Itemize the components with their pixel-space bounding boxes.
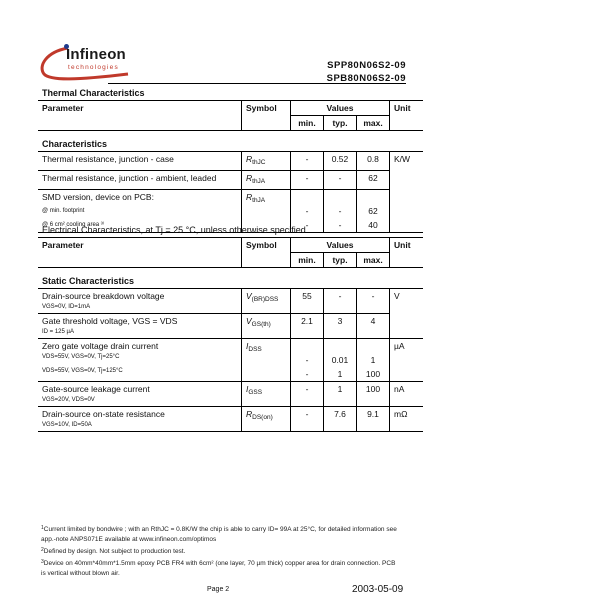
table-cell: 62 bbox=[357, 171, 390, 190]
table-cell bbox=[390, 218, 424, 233]
col-parameter: Parameter bbox=[38, 101, 242, 131]
table-cell: RDS(on) bbox=[242, 407, 291, 432]
table-row: SMD version, device on PCB: RthJA bbox=[38, 190, 423, 205]
table-row: Drain-source on-state resistance RDS(on)… bbox=[38, 407, 423, 422]
table-cell: Unit bbox=[390, 238, 424, 268]
footnotes: 1Current limited by bondwire ; with an R… bbox=[41, 523, 401, 579]
table-row: Gate threshold voltage, VGS = VDS VGS(th… bbox=[38, 314, 423, 329]
table-cell: - bbox=[324, 289, 357, 314]
table-cell: - bbox=[324, 204, 357, 218]
footnote-2: 2Defined by design. Not subject to produ… bbox=[41, 545, 401, 557]
table-cell: Thermal resistance, junction - ambient, … bbox=[38, 171, 242, 190]
footnote-1: 1Current limited by bondwire ; with an R… bbox=[41, 523, 401, 545]
text-span: DS(on) bbox=[252, 414, 273, 421]
thermal-title: Thermal Characteristics bbox=[42, 88, 145, 98]
table-cell: V bbox=[390, 289, 424, 339]
table-cell: 1 bbox=[324, 382, 357, 407]
text-span: GSS bbox=[248, 389, 262, 396]
table-cell: 100 bbox=[357, 367, 390, 382]
table-cell bbox=[324, 339, 357, 354]
col-unit: Unit bbox=[390, 101, 424, 131]
table-cell: IDSS bbox=[242, 339, 291, 382]
table-row: @ min. footprint - - 62 bbox=[38, 204, 423, 218]
table-cell: Parameter bbox=[38, 238, 242, 268]
table-cell: VGS=10V, ID=50A bbox=[38, 421, 242, 432]
table-cell: 9.1 bbox=[357, 407, 390, 432]
table-cell: nA bbox=[390, 382, 424, 407]
table-row: Gate-source leakage current IGSS - 1 100… bbox=[38, 382, 423, 397]
table-cell: typ. bbox=[324, 253, 357, 268]
table-cell: min. bbox=[291, 253, 324, 268]
col-typ: typ. bbox=[324, 116, 357, 131]
table-cell: VGS=20V, VDS=0V bbox=[38, 396, 242, 407]
table-row: Thermal resistance, junction - case RthJ… bbox=[38, 152, 423, 171]
table-cell: - bbox=[324, 218, 357, 233]
table-cell: SMD version, device on PCB: bbox=[38, 190, 242, 205]
logo-subtitle: technologies bbox=[68, 64, 119, 71]
text-span: (BR)DSS bbox=[252, 296, 279, 303]
table-cell: IGSS bbox=[242, 382, 291, 407]
table-cell: V(BR)DSS bbox=[242, 289, 291, 314]
table-cell bbox=[291, 339, 324, 354]
table-cell: Gate threshold voltage, VGS = VDS bbox=[38, 314, 242, 329]
header-divider bbox=[108, 83, 406, 84]
table-cell: 7.6 bbox=[324, 407, 357, 432]
electrical-group: Static Characteristics bbox=[38, 274, 423, 289]
table-cell: 62 bbox=[357, 204, 390, 218]
text-span: thJC bbox=[252, 159, 265, 166]
part-number-1: SPP80N06S2-09 bbox=[327, 59, 406, 72]
table-row: Thermal resistance, junction - ambient, … bbox=[38, 171, 423, 190]
page-number: Page 2 bbox=[207, 586, 229, 593]
table-cell: 100 bbox=[357, 382, 390, 407]
table-cell: K/W bbox=[390, 152, 424, 219]
part-numbers: SPP80N06S2-09 SPB80N06S2-09 bbox=[327, 59, 406, 85]
table-cell: 4 bbox=[357, 314, 390, 339]
table-row: Zero gate voltage drain current IDSS µA bbox=[38, 339, 423, 354]
logo-name: Infineon bbox=[66, 46, 126, 63]
infineon-logo: Infineon technologies bbox=[38, 44, 138, 84]
table-cell bbox=[324, 190, 357, 205]
table-cell: Drain-source breakdown voltage bbox=[38, 289, 242, 304]
table-cell: - bbox=[291, 367, 324, 382]
table-cell: Zero gate voltage drain current bbox=[38, 339, 242, 354]
table-cell: 2.1 bbox=[291, 314, 324, 339]
table-cell: RthJC bbox=[242, 152, 291, 171]
text-span: thJA bbox=[252, 178, 265, 185]
table-cell: - bbox=[324, 171, 357, 190]
text-span: GS(th) bbox=[252, 321, 271, 328]
text-span: Current limited by bondwire ; with an Rt… bbox=[41, 526, 397, 543]
table-cell: µA bbox=[390, 339, 424, 382]
table-cell: - bbox=[291, 353, 324, 367]
table-cell bbox=[357, 339, 390, 354]
table-cell: - bbox=[291, 407, 324, 432]
table-cell: 40 bbox=[357, 218, 390, 233]
table-cell: Values bbox=[291, 238, 390, 253]
electrical-table: Parameter Symbol Values Unit min. typ. m… bbox=[38, 237, 423, 432]
document-date: 2003-05-09 bbox=[352, 584, 403, 595]
table-cell: mΩ bbox=[390, 407, 424, 432]
table-cell: Symbol bbox=[242, 238, 291, 268]
text-span: Defined by design. Not subject to produc… bbox=[44, 548, 186, 555]
table-cell: @ min. footprint bbox=[38, 204, 242, 218]
table-cell: - bbox=[291, 204, 324, 218]
table-row: Drain-source breakdown voltage V(BR)DSS … bbox=[38, 289, 423, 304]
table-cell: 1 bbox=[324, 367, 357, 382]
thermal-group: Characteristics bbox=[38, 137, 423, 152]
table-cell: - bbox=[357, 289, 390, 314]
table-cell: Thermal resistance, junction - case bbox=[38, 152, 242, 171]
text-span: Device on 40mm*40mm*1.5mm epoxy PCB FR4 … bbox=[41, 560, 395, 577]
table-cell: 0.8 bbox=[357, 152, 390, 171]
table-cell: 3 bbox=[324, 314, 357, 339]
table-cell: - bbox=[291, 152, 324, 171]
table-cell: 0.01 bbox=[324, 353, 357, 367]
footnote-3: 3Device on 40mm*40mm*1.5mm epoxy PCB FR4… bbox=[41, 557, 401, 579]
col-values: Values bbox=[291, 101, 390, 116]
table-cell: 0.52 bbox=[324, 152, 357, 171]
electrical-title: Electrical Characteristics, at Tj = 25 °… bbox=[42, 225, 306, 235]
table-cell: RthJA bbox=[242, 171, 291, 190]
table-cell: VGS=0V, ID=1mA bbox=[38, 303, 242, 314]
text-span: DSS bbox=[248, 346, 261, 353]
table-cell: - bbox=[291, 171, 324, 190]
table-cell: VGS(th) bbox=[242, 314, 291, 339]
col-max: max. bbox=[357, 116, 390, 131]
table-cell: - bbox=[291, 382, 324, 407]
thermal-table: Parameter Symbol Values Unit min. typ. m… bbox=[38, 100, 423, 233]
table-cell bbox=[357, 190, 390, 205]
table-cell: VDS=55V, VGS=0V, Tj=125°C bbox=[38, 367, 242, 382]
text-span: thJA bbox=[252, 197, 265, 204]
table-cell: 1 bbox=[357, 353, 390, 367]
table-cell: 55 bbox=[291, 289, 324, 314]
table-cell: VDS=55V, VGS=0V, Tj=25°C bbox=[38, 353, 242, 367]
col-min: min. bbox=[291, 116, 324, 131]
table-cell bbox=[291, 190, 324, 205]
table-cell: ID = 125 µA bbox=[38, 328, 242, 339]
table-cell: max. bbox=[357, 253, 390, 268]
col-symbol: Symbol bbox=[242, 101, 291, 131]
table-cell: Drain-source on-state resistance bbox=[38, 407, 242, 422]
table-cell: Gate-source leakage current bbox=[38, 382, 242, 397]
